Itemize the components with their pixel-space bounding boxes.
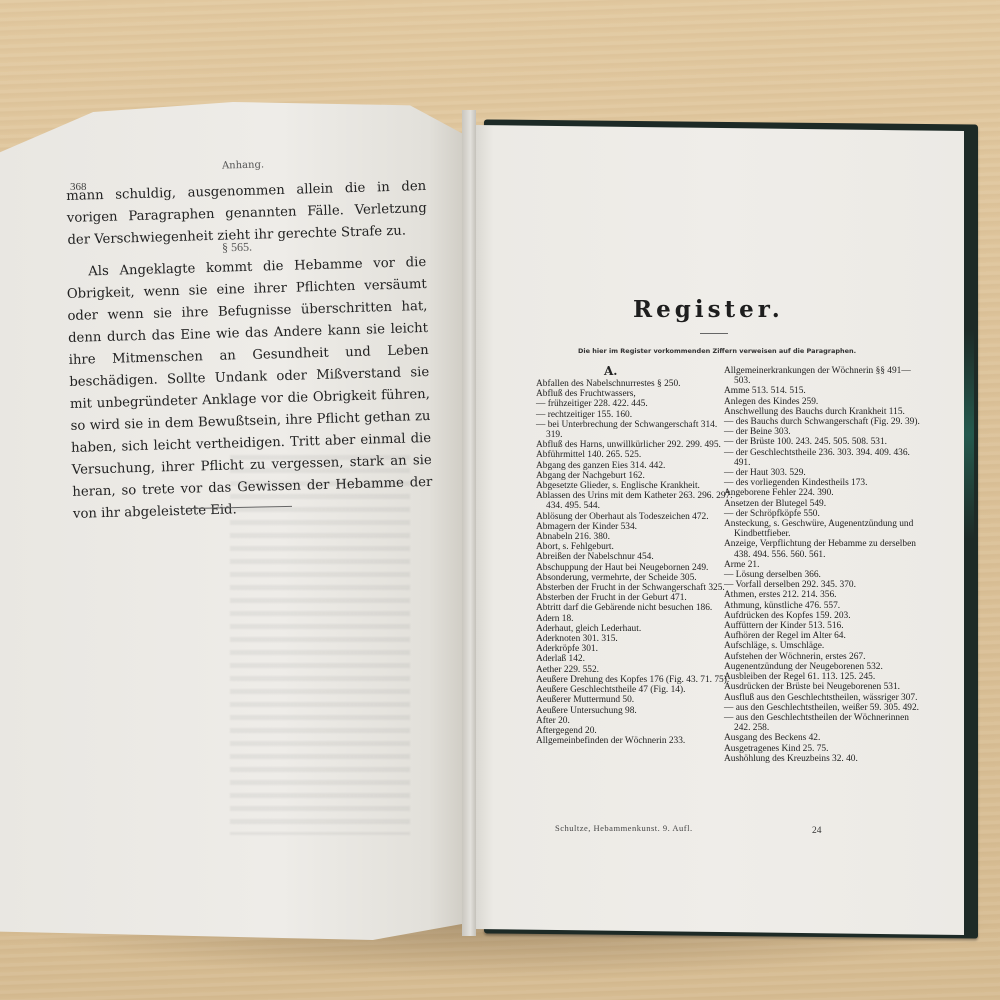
index-entry: Ansteckung, s. Geschwüre, Augenentzündun…	[724, 519, 922, 539]
book-gutter	[462, 110, 476, 936]
index-entry: Allgemeinerkrankungen der Wöchnerin §§ 4…	[724, 366, 922, 386]
signature-mark: 24	[812, 826, 822, 836]
section-paragraph: Als Angeklagte kommt die Hebamme vor die…	[66, 252, 433, 526]
index-entry: Abfluß des Fruchtwassers,	[536, 389, 734, 399]
index-entry: Absterben der Frucht in der Schwangersch…	[536, 583, 734, 593]
index-entry: Aftergegend 20.	[536, 726, 734, 736]
index-entry: — der Haut 303. 529.	[724, 468, 922, 478]
index-entry: Ausbleiben der Regel 61. 113. 125. 245.	[724, 672, 922, 682]
footer-imprint: Schultze, Hebammenkunst. 9. Aufl.	[555, 823, 693, 833]
register-title: Register.	[633, 296, 784, 323]
index-entry: — aus den Geschlechtstheilen der Wöchner…	[724, 713, 922, 733]
index-entry: Ausgang des Beckens 42.	[724, 733, 922, 743]
index-entry: Abnabeln 216. 380.	[536, 532, 734, 542]
index-entry: — der Geschlechtstheile 236. 303. 394. 4…	[724, 448, 922, 468]
index-entry: — Lösung derselben 366.	[724, 570, 922, 580]
section-mark: § 565.	[222, 240, 252, 256]
index-entry: Aeußere Geschlechtstheile 47 (Fig. 14).	[536, 685, 734, 695]
index-entry: Allgemeinbefinden der Wöchnerin 233.	[536, 736, 734, 746]
index-entry: Ausdrücken der Brüste bei Neugeborenen 5…	[724, 682, 922, 692]
index-entry: Abgang der Nachgeburt 162.	[536, 471, 734, 481]
index-entry: — aus den Geschlechtstheilen, weißer 59.…	[724, 703, 922, 713]
index-entry: Angeborene Fehler 224. 390.	[724, 488, 922, 498]
index-column-left: Abfallen des Nabelschnurrestes § 250.Abf…	[536, 379, 734, 746]
index-entry: Anzeige, Verpflichtung der Hebamme zu de…	[724, 539, 922, 559]
index-entry: Aeußere Untersuchung 98.	[536, 706, 734, 716]
index-entry: Aeußerer Muttermund 50.	[536, 695, 734, 705]
index-entry: — des Bauchs durch Schwangerschaft (Fig.…	[724, 417, 922, 427]
index-entry: — Vorfall derselben 292. 345. 370.	[724, 580, 922, 590]
index-entry: Aeußere Drehung des Kopfes 176 (Fig. 43.…	[536, 675, 734, 685]
index-entry: Abtritt darf die Gebärende nicht besuche…	[536, 603, 734, 613]
index-entry: After 20.	[536, 716, 734, 726]
index-entry: Absonderung, vermehrte, der Scheide 305.	[536, 573, 734, 583]
index-entry: — der Beine 303.	[724, 427, 922, 437]
index-entry: Ablassen des Urins mit dem Katheter 263.…	[536, 491, 734, 511]
index-entry: Abmagern der Kinder 534.	[536, 522, 734, 532]
index-entry: Abgesetzte Glieder, s. Englische Krankhe…	[536, 481, 734, 491]
title-rule	[700, 333, 728, 334]
index-entry: Abgang des ganzen Eies 314. 442.	[536, 461, 734, 471]
index-entry: Ablösung der Oberhaut als Todeszeichen 4…	[536, 512, 734, 522]
index-entry: Absterben der Frucht in der Geburt 471.	[536, 593, 734, 603]
index-entry: — bei Unterbrechung der Schwangerschaft …	[536, 420, 734, 440]
index-column-right: Allgemeinerkrankungen der Wöchnerin §§ 4…	[724, 366, 922, 764]
index-entry: Ansetzen der Blutegel 549.	[724, 499, 922, 509]
index-entry: Ausgetragenes Kind 25. 75.	[724, 744, 922, 754]
paragraph-text: Als Angeklagte kommt die Hebamme vor die…	[66, 252, 433, 526]
index-entry: Aufdrücken des Kopfes 159. 203.	[724, 611, 922, 621]
index-entry: Aufschläge, s. Umschläge.	[724, 641, 922, 651]
index-entry: Amme 513. 514. 515.	[724, 386, 922, 396]
index-entry: Augenentzündung der Neugeborenen 532.	[724, 662, 922, 672]
index-entry: Abführmittel 140. 265. 525.	[536, 450, 734, 460]
index-entry: — rechtzeitiger 155. 160.	[536, 410, 734, 420]
index-entry: Athmen, erstes 212. 214. 356.	[724, 590, 922, 600]
index-entry: Abschuppung der Haut bei Neugebornen 249…	[536, 563, 734, 573]
index-entry: Arme 21.	[724, 560, 922, 570]
index-entry: Aderlaß 142.	[536, 654, 734, 664]
index-entry: Adern 18.	[536, 614, 734, 624]
index-entry: — des vorliegenden Kindestheils 173.	[724, 478, 922, 488]
index-entry: Anlegen des Kindes 259.	[724, 397, 922, 407]
index-entry: Abfluß des Harns, unwillkürlicher 292. 2…	[536, 440, 734, 450]
register-note: Die hier im Register vorkommenden Ziffer…	[578, 347, 856, 355]
index-entry: Ausfluß aus den Geschlechtstheilen, wäss…	[724, 693, 922, 703]
index-entry: Aderkröpfe 301.	[536, 644, 734, 654]
index-entry: Athmung, künstliche 476. 557.	[724, 601, 922, 611]
running-header: Anhang.	[222, 159, 264, 171]
index-entry: — der Brüste 100. 243. 245. 505. 508. 53…	[724, 437, 922, 447]
index-entry: Aderhaut, gleich Lederhaut.	[536, 624, 734, 634]
index-entry: Aether 229. 552.	[536, 665, 734, 675]
index-entry: Anschwellung des Bauchs durch Krankheit …	[724, 407, 922, 417]
index-entry: Abort, s. Fehlgeburt.	[536, 542, 734, 552]
index-entry: — der Schröpfköpfe 550.	[724, 509, 922, 519]
index-entry: Aufstehen der Wöchnerin, erstes 267.	[724, 652, 922, 662]
index-entry: Abreißen der Nabelschnur 454.	[536, 552, 734, 562]
index-entry: Abfallen des Nabelschnurrestes § 250.	[536, 379, 734, 389]
index-entry: Auffüttern der Kinder 513. 516.	[724, 621, 922, 631]
index-entry: Aushöhlung des Kreuzbeins 32. 40.	[724, 754, 922, 764]
index-entry: — frühzeitiger 228. 422. 445.	[536, 399, 734, 409]
letter-heading: A.	[604, 364, 618, 378]
index-entry: Aufhören der Regel im Alter 64.	[724, 631, 922, 641]
index-entry: Aderknoten 301. 315.	[536, 634, 734, 644]
